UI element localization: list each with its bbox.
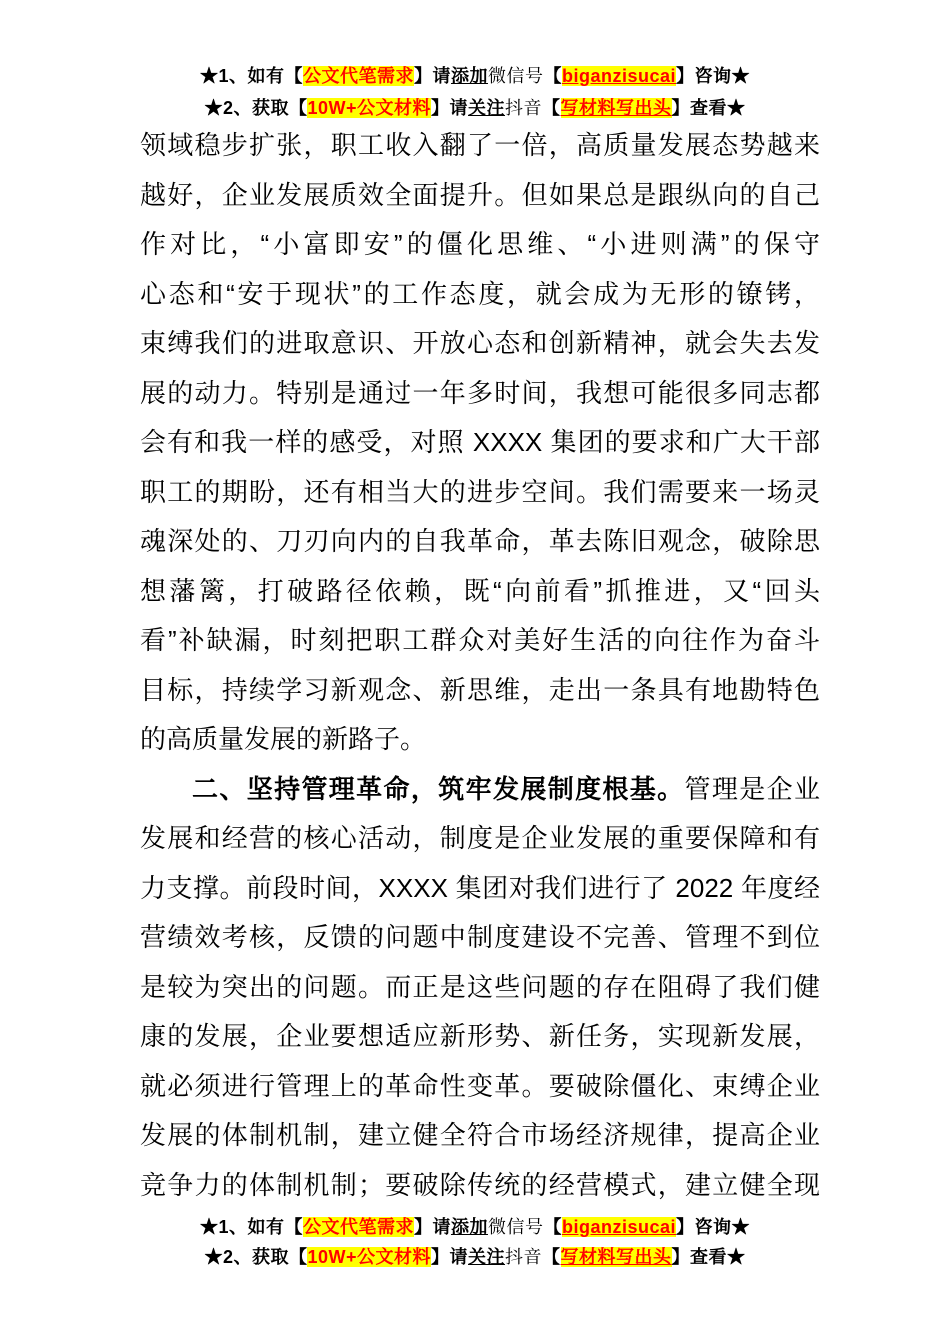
text-segment: 营绩效考核，反馈的问题中制度建设不完善、管理不到位 [140, 922, 820, 952]
text-segment: 【 [542, 98, 561, 118]
text-segment: 越好，企业发展质效全面提升。但如果总是跟纵向的自己 [140, 180, 820, 210]
text-segment: 的高质量发展的新路子。 [140, 724, 426, 754]
promo-highlight-text: 公文代笔需求 [303, 66, 414, 86]
text-segment: ★2、获取【 [204, 98, 307, 118]
text-segment: 二、坚持管理革命，筑牢发展制度根基。 [192, 774, 685, 804]
body-text-line: 看”补缺漏，时刻把职工群众对美好生活的向往作为奋斗 [140, 616, 820, 666]
body-text-line: 作对比，“小富即安”的僵化思维、“小进则满”的保守 [140, 220, 820, 270]
text-segment: 发展和经营的核心活动，制度是企业发展的重要保障和有 [140, 823, 820, 853]
text-segment: 竞争力的体制机制；要破除传统的经营模式，建立健全现 [140, 1170, 820, 1200]
body-text-line: 营绩效考核，反馈的问题中制度建设不完善、管理不到位 [140, 913, 820, 963]
text-segment: 关注 [468, 98, 505, 118]
text-segment: 抖音 [505, 98, 542, 118]
text-segment: 职工的期盼，还有相当大的进步空间。我们需要来一场灵 [140, 477, 820, 507]
body-text-line: 目标，持续学习新观念、新思维，走出一条具有地勘特色 [140, 666, 820, 716]
body-text-line: 越好，企业发展质效全面提升。但如果总是跟纵向的自己 [140, 171, 820, 221]
text-segment: 看”补缺漏，时刻把职工群众对美好生活的向往作为奋斗 [140, 625, 820, 655]
body-text-line: 是较为突出的问题。而正是这些问题的存在阻碍了我们健 [140, 963, 820, 1013]
text-segment: 就必须进行管理上的革命性变革。要破除僵化、束缚企业 [140, 1071, 820, 1101]
body-text-line: 会有和我一样的感受，对照 XXXX 集团的要求和广大干部 [140, 418, 820, 468]
text-segment: 管理是企业 [685, 774, 820, 804]
body-text-line: 束缚我们的进取意识、开放心态和创新精神，就会失去发 [140, 319, 820, 369]
text-segment: 目标，持续学习新观念、新思维，走出一条具有地勘特色 [140, 675, 820, 705]
text-segment: 】请 [431, 1247, 468, 1267]
body-text-line: 发展的体制机制，建立健全符合市场经济规律，提高企业 [140, 1111, 820, 1161]
text-segment: 】请 [414, 1217, 451, 1237]
text-segment: 抖音 [505, 1247, 542, 1267]
text-segment: 作对比，“小富即安”的僵化思维、“小进则满”的保守 [140, 229, 820, 259]
text-segment: 力支撑。前段时间，XXXX 集团对我们进行了 2022 年度经 [140, 873, 820, 903]
section-heading-line: 二、坚持管理革命，筑牢发展制度根基。管理是企业 [140, 765, 820, 815]
body-text-line: 就必须进行管理上的革命性变革。要破除僵化、束缚企业 [140, 1062, 820, 1112]
promo-highlight-text: 公文代笔需求 [303, 1217, 414, 1237]
text-segment: ★2、获取【 [204, 1247, 307, 1267]
text-segment: 】查看★ [672, 98, 746, 118]
text-segment: 束缚我们的进取意识、开放心态和创新精神，就会失去发 [140, 328, 820, 358]
text-segment: 添加 [451, 1217, 488, 1237]
text-segment: 想藩篱，打破路径依赖，既“向前看”抓推进，又“回头 [140, 576, 820, 606]
text-segment: 】咨询★ [676, 1217, 750, 1237]
body-text-line: 领域稳步扩张，职工收入翻了一倍，高质量发展态势越来 [140, 121, 820, 171]
text-segment: 】查看★ [672, 1247, 746, 1267]
text-segment: 添加 [451, 66, 488, 86]
text-segment: 】请 [431, 98, 468, 118]
text-segment: 】请 [414, 66, 451, 86]
body-text-line: 魂深处的、刀刃向内的自我革命，革去陈旧观念，破除思 [140, 517, 820, 567]
text-segment: 是较为突出的问题。而正是这些问题的存在阻碍了我们健 [140, 972, 820, 1002]
promo-line-2: ★2、获取【10W+公文材料】请关注抖音【写材料写出头】查看★ [0, 92, 950, 124]
promo-header: ★1、如有【公文代笔需求】请添加微信号【biganzisucai】咨询★★2、获… [0, 60, 950, 124]
text-segment: 魂深处的、刀刃向内的自我革命，革去陈旧观念，破除思 [140, 526, 820, 556]
text-segment: 【 [543, 66, 562, 86]
promo-line-2: ★2、获取【10W+公文材料】请关注抖音【写材料写出头】查看★ [0, 1242, 950, 1272]
text-segment: 领域稳步扩张，职工收入翻了一倍，高质量发展态势越来 [140, 130, 820, 160]
document-page: ★1、如有【公文代笔需求】请添加微信号【biganzisucai】咨询★★2、获… [0, 0, 950, 1344]
body-text-line: 康的发展，企业要想适应新形势、新任务，实现新发展， [140, 1012, 820, 1062]
promo-line-1: ★1、如有【公文代笔需求】请添加微信号【biganzisucai】咨询★ [0, 60, 950, 92]
promo-footer: ★1、如有【公文代笔需求】请添加微信号【biganzisucai】咨询★★2、获… [0, 1212, 950, 1272]
promo-highlight-text: 10W+公文材料 [307, 98, 431, 118]
promo-highlight-text: biganzisucai [562, 66, 676, 86]
body-text-line: 竞争力的体制机制；要破除传统的经营模式，建立健全现 [140, 1161, 820, 1211]
text-segment: 会有和我一样的感受，对照 XXXX 集团的要求和广大干部 [140, 427, 820, 457]
body-text-line: 展的动力。特别是通过一年多时间，我想可能很多同志都 [140, 369, 820, 419]
text-segment: 】咨询★ [676, 66, 750, 86]
body-text-line: 职工的期盼，还有相当大的进步空间。我们需要来一场灵 [140, 468, 820, 518]
text-segment: 【 [543, 1217, 562, 1237]
text-segment: 康的发展，企业要想适应新形势、新任务，实现新发展， [140, 1021, 820, 1051]
text-segment: 微信号 [488, 1217, 544, 1237]
promo-highlight-text: 写材料写出头 [561, 98, 672, 118]
text-segment: 发展的体制机制，建立健全符合市场经济规律，提高企业 [140, 1120, 820, 1150]
promo-highlight-text: 写材料写出头 [561, 1247, 672, 1267]
document-body-text: 领域稳步扩张，职工收入翻了一倍，高质量发展态势越来越好，企业发展质效全面提升。但… [140, 121, 820, 1210]
text-segment: 【 [542, 1247, 561, 1267]
body-text-line: 心态和“安于现状”的工作态度，就会成为无形的镣铐， [140, 270, 820, 320]
body-text-line: 力支撑。前段时间，XXXX 集团对我们进行了 2022 年度经 [140, 864, 820, 914]
promo-line-1: ★1、如有【公文代笔需求】请添加微信号【biganzisucai】咨询★ [0, 1212, 950, 1242]
body-text-line: 发展和经营的核心活动，制度是企业发展的重要保障和有 [140, 814, 820, 864]
promo-highlight-text: 10W+公文材料 [307, 1247, 431, 1267]
text-segment: 关注 [468, 1247, 505, 1267]
body-text-line: 的高质量发展的新路子。 [140, 715, 820, 765]
text-segment: 微信号 [488, 66, 544, 86]
promo-highlight-text: biganzisucai [562, 1217, 676, 1237]
text-segment: 展的动力。特别是通过一年多时间，我想可能很多同志都 [140, 378, 820, 408]
text-segment: 心态和“安于现状”的工作态度，就会成为无形的镣铐， [140, 279, 820, 309]
text-segment: ★1、如有【 [200, 1217, 303, 1237]
text-segment: ★1、如有【 [200, 66, 303, 86]
body-text-line: 想藩篱，打破路径依赖，既“向前看”抓推进，又“回头 [140, 567, 820, 617]
